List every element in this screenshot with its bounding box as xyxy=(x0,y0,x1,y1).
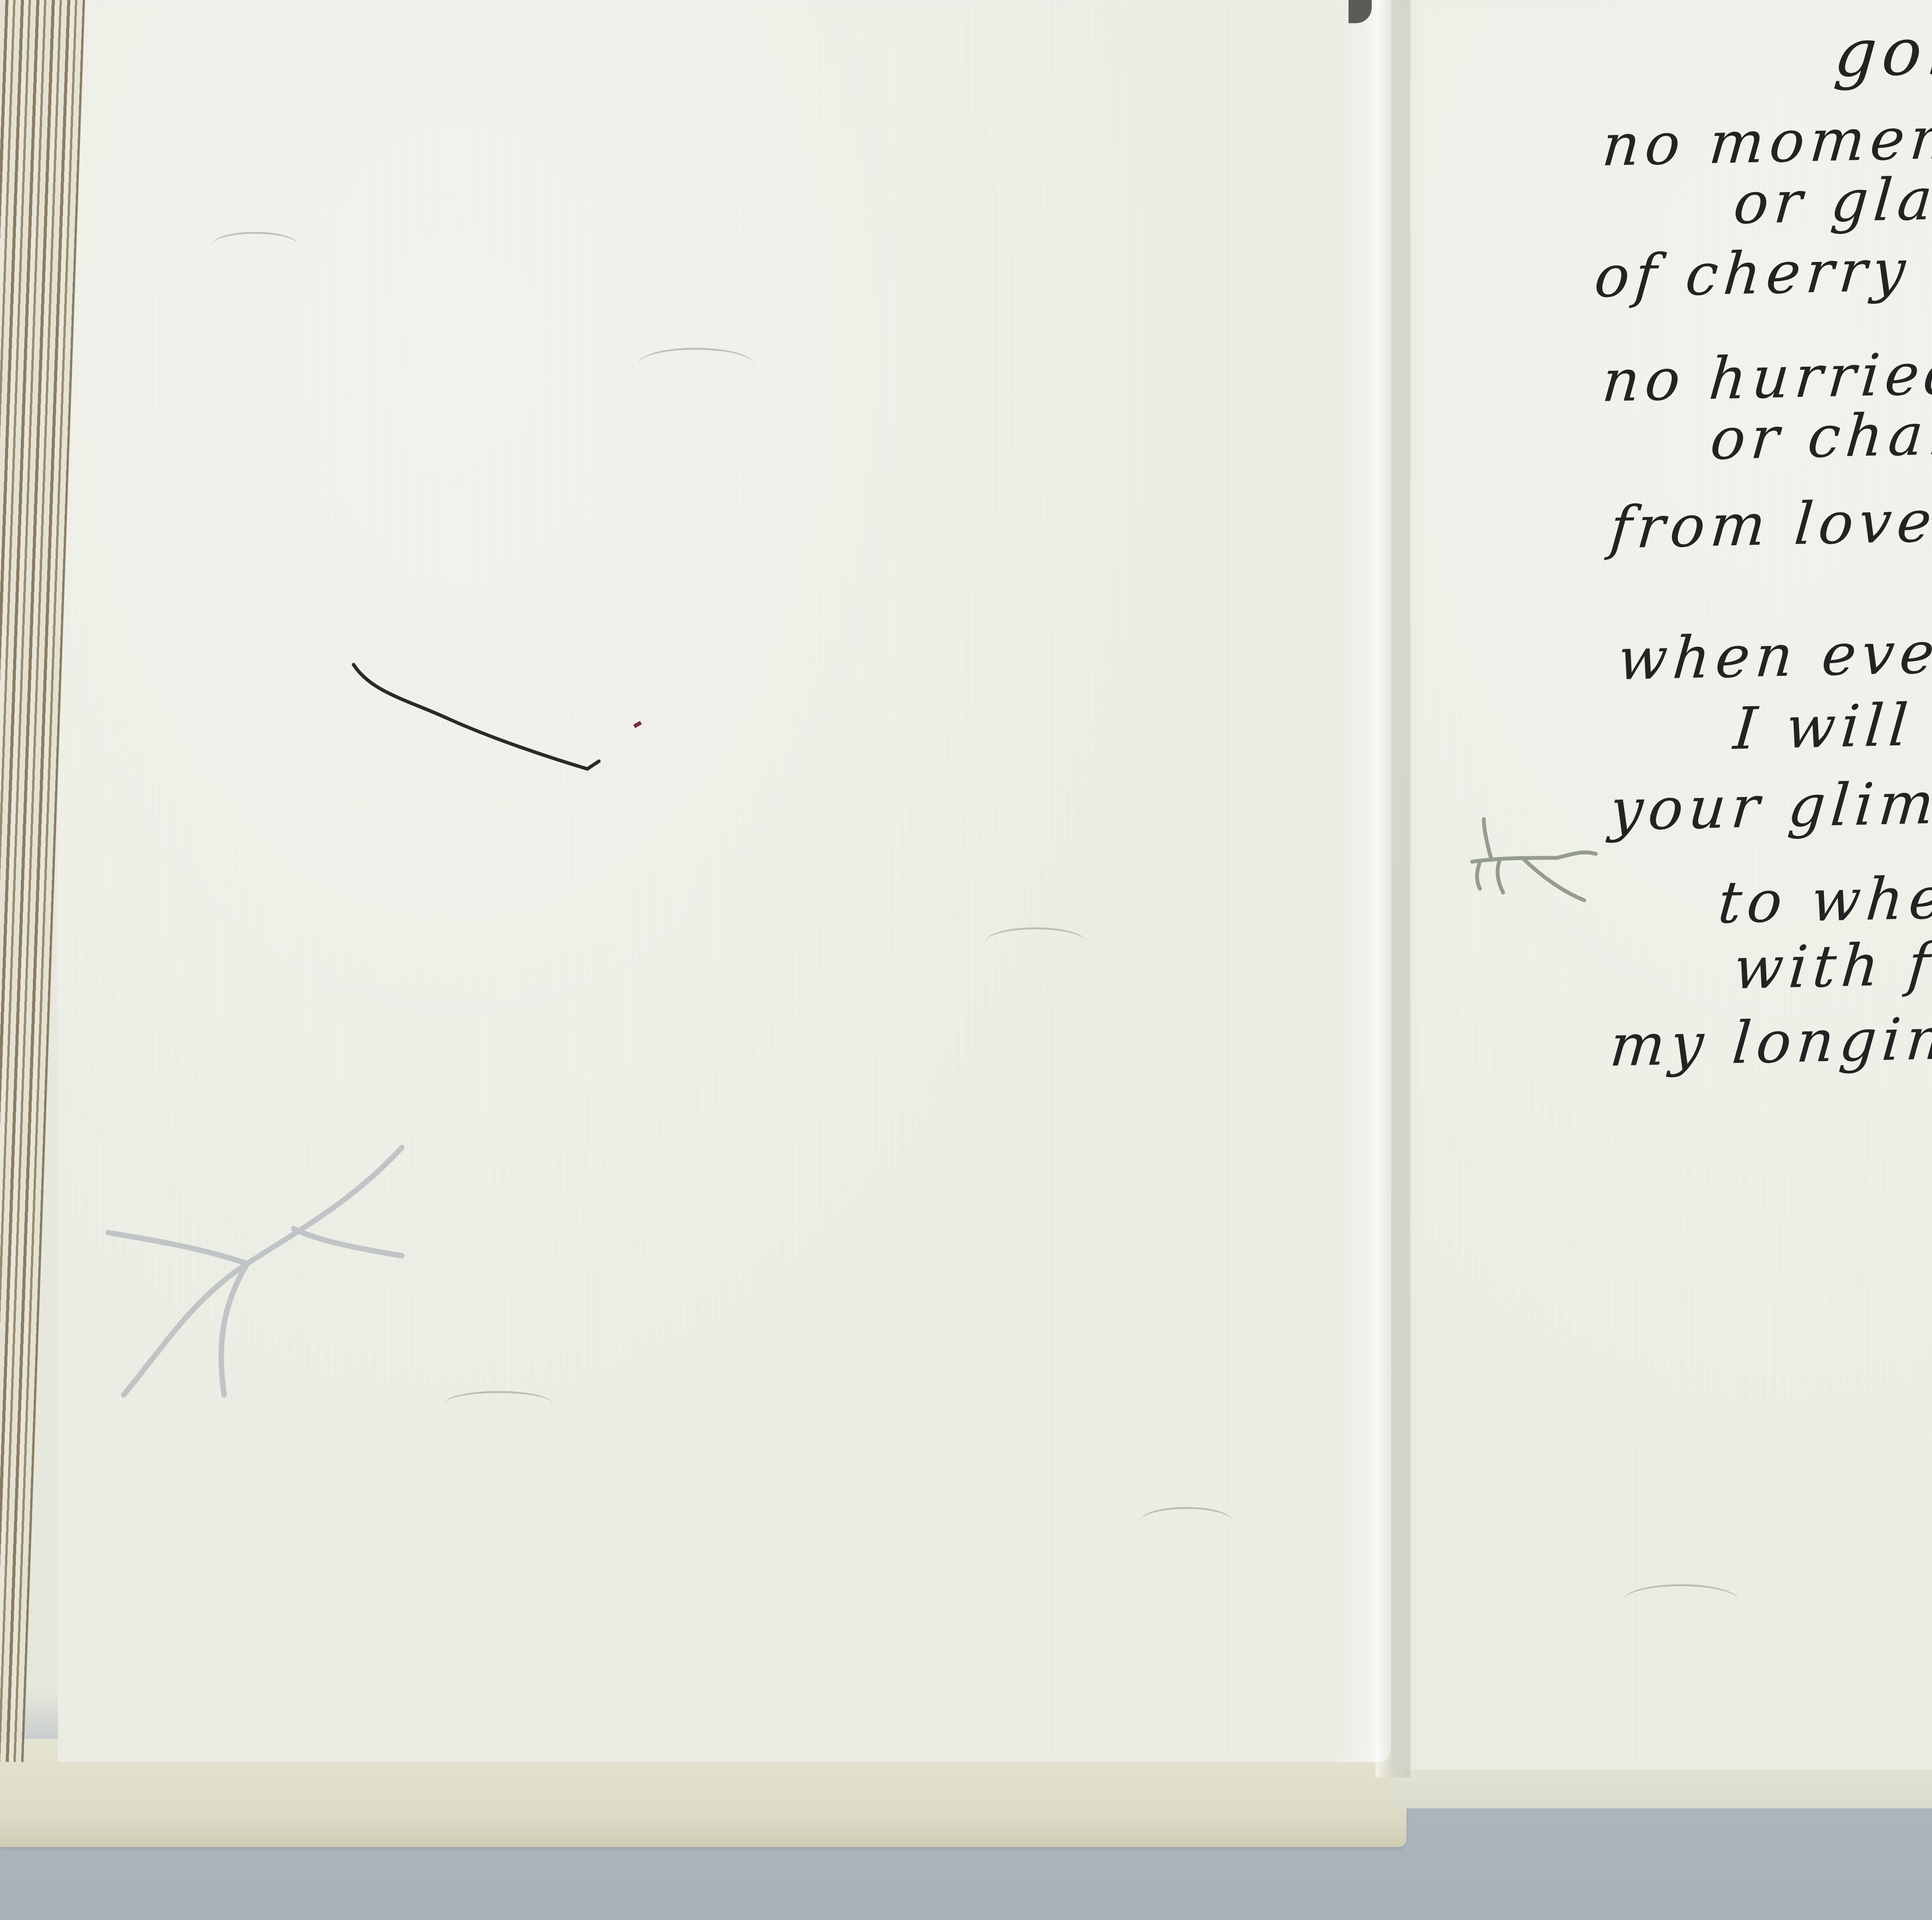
poem-line: from love's imploding song xyxy=(1607,475,1932,562)
paper-fibre xyxy=(444,1391,553,1416)
handwritten-poem: gone no moment's touch or glance fulfill… xyxy=(1584,0,1932,1198)
poem-line: when every morning xyxy=(1615,611,1932,693)
paper-fibre xyxy=(1140,1507,1233,1536)
poem-line: your glimmerings through the sea xyxy=(1607,752,1932,844)
paper-fibre xyxy=(1623,1584,1739,1617)
poem-line: of cherry blossom down xyxy=(1592,226,1932,311)
pressed-plant-sprig-icon xyxy=(1464,815,1604,904)
book-gutter xyxy=(1376,0,1410,1777)
poem-line: my longings' reveries xyxy=(1607,997,1932,1080)
feather-sketch-icon xyxy=(100,1101,410,1410)
poem-title: gone xyxy=(1832,12,1932,92)
poem-line: or chance protest xyxy=(1708,393,1932,473)
poem-line: I will trace xyxy=(1731,687,1932,763)
pencil-stroke-mark xyxy=(348,657,618,773)
paper-fibre xyxy=(638,348,753,381)
left-page xyxy=(58,0,1391,1762)
paper-fibre xyxy=(985,927,1086,956)
poem-line: to where they mesh xyxy=(1716,855,1932,937)
paper-fibre xyxy=(213,232,298,257)
